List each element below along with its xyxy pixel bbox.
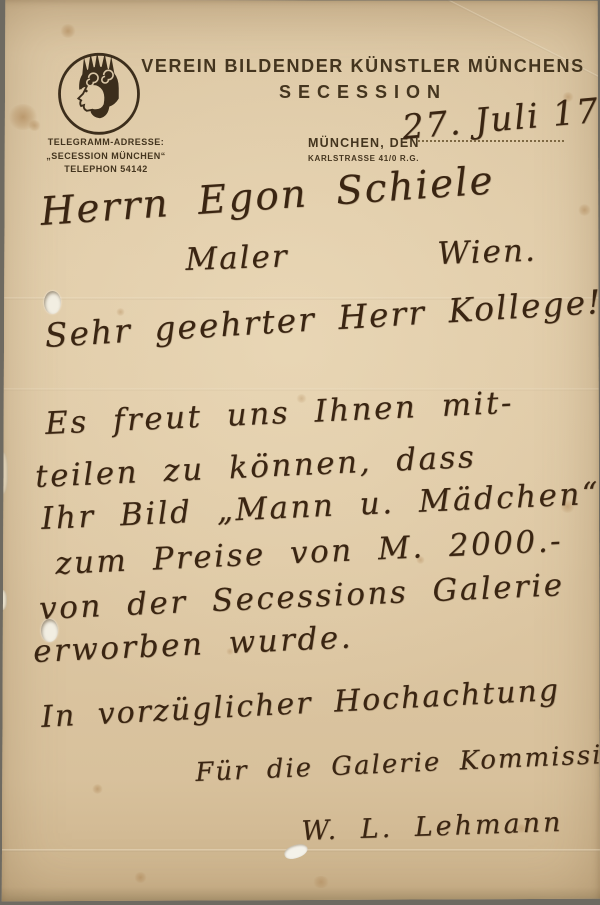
telegram-address-block: TELEGRAMM-ADRESSE: „SECESSION MÜNCHEN“ T… [26,136,186,177]
closing-formula: In vorzüglicher Hochachtung [40,673,561,735]
salutation-line: Sehr geehrter Herr Kollege! [44,282,600,355]
secession-athena-logo-icon [52,44,146,138]
recipient-city: Wien. [437,233,538,272]
street-address: KARLSTRASSE 41/0 R.G. [308,154,419,163]
gallery-commission-line: Für die Galerie Kommission [195,739,600,788]
photo-backdrop: VEREIN BILDENDER KÜNSTLER MÜNCHENS SECES… [0,0,600,905]
org-name-line1: VEREIN BILDENDER KÜNSTLER MÜNCHENS [140,56,586,77]
body-line: Es freut uns Ihnen mit- [44,385,514,442]
letter-paper: VEREIN BILDENDER KÜNSTLER MÜNCHENS SECES… [0,0,600,905]
paper-edge-chip [0,452,8,494]
body-line: erworben wurde. [32,620,353,670]
telegram-address-value: „SECESSION MÜNCHEN“ [26,150,186,164]
punch-hole [44,291,61,314]
signature: W. L. Lehmann [301,807,564,847]
paper-edge-chip [0,590,7,610]
telegram-address-label: TELEGRAMM-ADRESSE: [26,136,186,150]
telephone-number: TELEPHON 54142 [26,163,186,177]
org-name-block: VEREIN BILDENDER KÜNSTLER MÜNCHENS SECES… [140,56,586,103]
recipient-role: Maler [185,238,290,278]
